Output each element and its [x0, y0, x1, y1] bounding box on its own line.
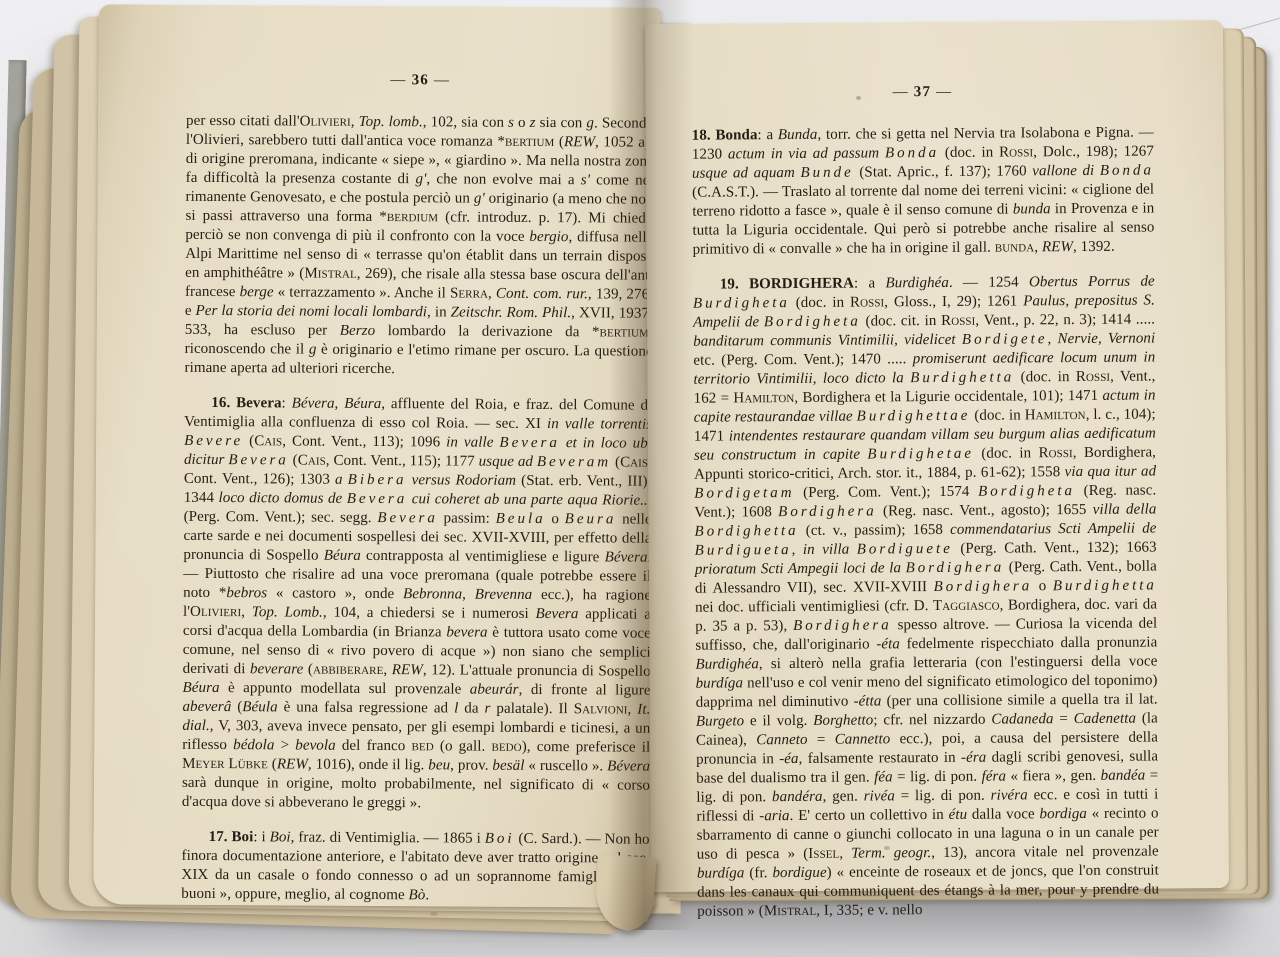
continuation-paragraph: per esso citati dall'Olivieri, Top. lomb…	[184, 112, 654, 381]
page-number-left: — 36 —	[186, 71, 654, 91]
entry-16-bevera: 16. Bevera: Bévera, Béura, affluente del…	[182, 394, 653, 815]
page-number-right: — 37 —	[691, 82, 1153, 102]
photo-background: — 36 — per esso citati dall'Olivieri, To…	[0, 0, 1280, 957]
left-page: — 36 — per esso citati dall'Olivieri, To…	[93, 4, 660, 907]
left-page-text: per esso citati dall'Olivieri, Top. lomb…	[181, 112, 654, 907]
right-page-text: 18. Bonda: a Bunda, torr. che si getta n…	[692, 123, 1160, 921]
entry-18-bonda: 18. Bonda: a Bunda, torr. che si getta n…	[692, 123, 1155, 259]
entry-19-bordighera: 19. BORDIGHERA: a Burdighéa. — 1254 Ober…	[693, 272, 1159, 921]
open-book: — 36 — per esso citati dall'Olivieri, To…	[0, 0, 1280, 957]
right-page: — 37 — 18. Bonda: a Bunda, torr. che si …	[645, 20, 1229, 892]
entry-17-boi: 17. Boi: i Boi, fraz. di Ventimiglia. — …	[181, 828, 649, 907]
